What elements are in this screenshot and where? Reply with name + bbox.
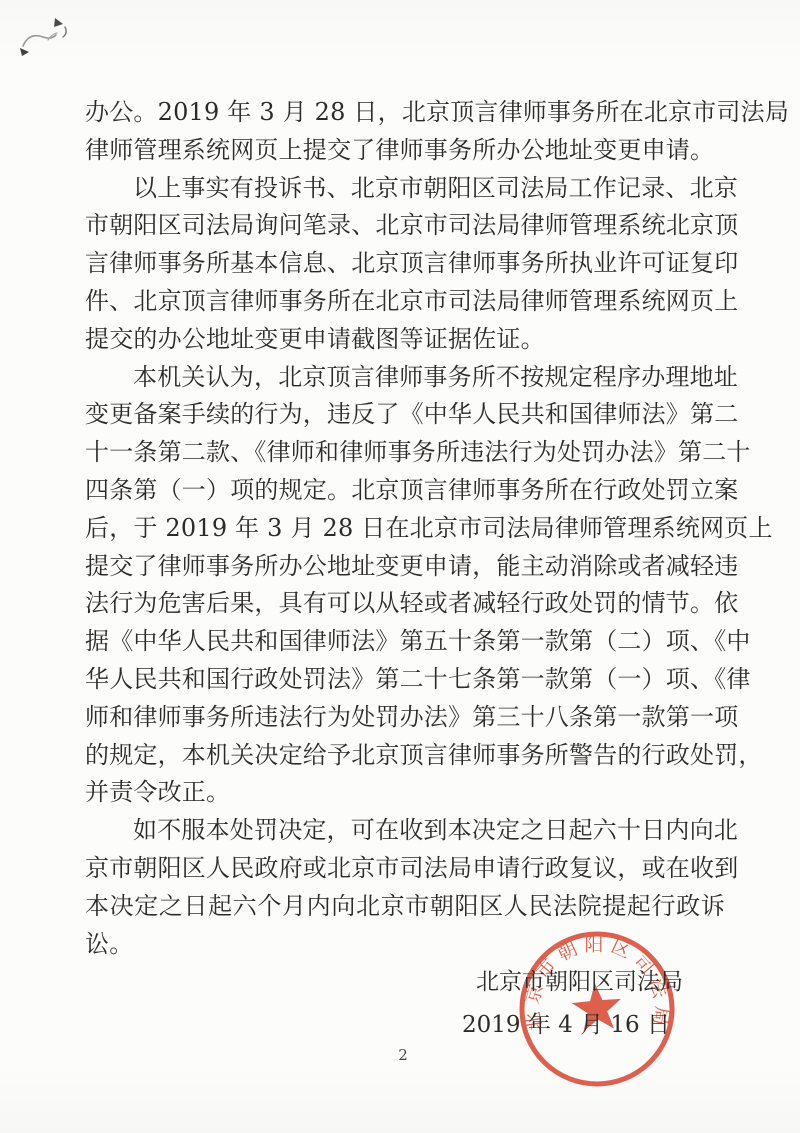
text-line: 办公。2019 年 3 月 28 日，北京顶言律师事务所在北京市司法局 (85, 94, 725, 132)
text-line: 变更备案手续的行为，违反了《中华人民共和国律师法》第二 (85, 396, 725, 434)
text-line: 的规定，本机关决定给予北京顶言律师事务所警告的行政处罚， (85, 737, 725, 775)
ink-smudge (8, 10, 88, 66)
text-line: 提交的办公地址变更申请截图等证据佐证。 (85, 321, 725, 359)
text-line: 华人民共和国行政处罚法》第二十七条第一款第（一）项、《律 (85, 661, 725, 699)
text-line: 律师管理系统网页上提交了律师事务所办公地址变更申请。 (85, 132, 725, 170)
text-line: 据《中华人民共和国律师法》第五十条第一款第（二）项、《中 (85, 623, 725, 661)
signature-authority: 北京市朝阳区司法局 (476, 963, 683, 996)
page-number: 2 (0, 1046, 800, 1064)
text-line: 师和律师事务所违法行为处罚办法》第三十八条第一款第一项 (85, 699, 725, 737)
text-line: 本决定之日起六个月内向北京市朝阳区人民法院提起行政诉 (85, 888, 725, 926)
paragraph: 办公。2019 年 3 月 28 日，北京顶言律师事务所在北京市司法局律师管理系… (85, 94, 725, 170)
text-line: 法行为危害后果，具有可以从轻或者减轻行政处罚的情节。依 (85, 585, 725, 623)
text-line: 以上事实有投诉书、北京市朝阳区司法局工作记录、北京 (85, 170, 725, 208)
text-line: 十一条第二款、《律师和律师事务所违法行为处罚办法》第二十 (85, 434, 725, 472)
text-line: 后，于 2019 年 3 月 28 日在北京市司法局律师管理系统网页上 (85, 510, 725, 548)
text-line: 言律师事务所基本信息、北京顶言律师事务所执业许可证复印 (85, 245, 725, 283)
text-line: 如不服本处罚决定，可在收到本决定之日起六十日内向北 (85, 812, 725, 850)
text-line: 并责令改正。 (85, 774, 725, 812)
text-line: 本机关认为，北京顶言律师事务所不按规定程序办理地址 (85, 359, 725, 397)
signature-date: 2019 年 4 月 16 日 (462, 1006, 670, 1039)
text-line: 提交了律师事务所办公地址变更申请，能主动消除或者减轻违 (85, 548, 725, 586)
document-body: 办公。2019 年 3 月 28 日，北京顶言律师事务所在北京市司法局律师管理系… (85, 94, 725, 963)
scanned-document-page: 办公。2019 年 3 月 28 日，北京顶言律师事务所在北京市司法局律师管理系… (0, 0, 800, 1133)
paragraph: 以上事实有投诉书、北京市朝阳区司法局工作记录、北京市朝阳区司法局询问笔录、北京市… (85, 170, 725, 359)
text-line: 件、北京顶言律师事务所在北京市司法局律师管理系统网页上 (85, 283, 725, 321)
paragraph: 本机关认为，北京顶言律师事务所不按规定程序办理地址变更备案手续的行为，违反了《中… (85, 359, 725, 813)
text-line: 京市朝阳区人民政府或北京市司法局申请行政复议，或在收到 (85, 850, 725, 888)
text-line: 四条第（一）项的规定。北京顶言律师事务所在行政处罚立案 (85, 472, 725, 510)
text-line: 市朝阳区司法局询问笔录、北京市司法局律师管理系统北京顶 (85, 207, 725, 245)
